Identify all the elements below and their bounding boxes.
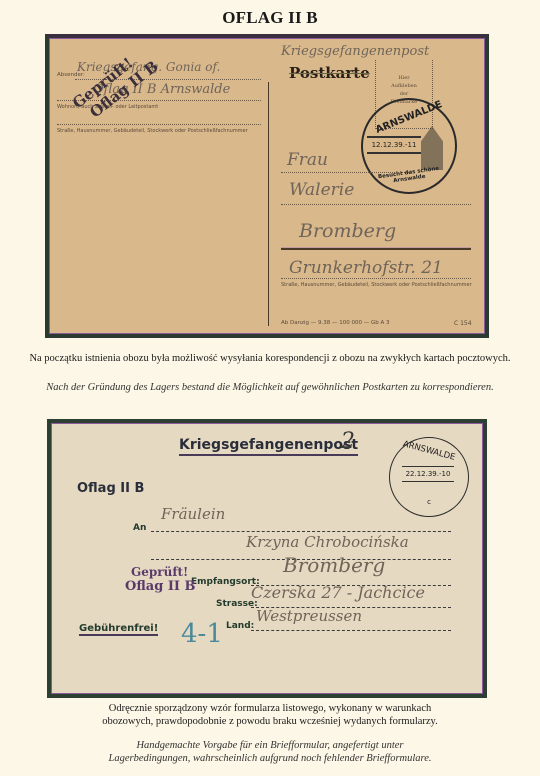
card-print-info: Ab Danzig — 9.38 — 100 000 — Gb A 3: [281, 320, 390, 326]
caption-2-polish-line2: obozowych, prawdopodobnie z powodu braku…: [0, 715, 540, 728]
cancel-stamp-slogan: Besucht das schöne Arnswalde: [369, 164, 450, 187]
censor-stamp-2-line1: Geprüft!: [131, 565, 196, 579]
field-value-an: Fräulein: [161, 505, 225, 523]
caption-1-polish: Na początku istnienia obozu była możliwo…: [0, 352, 540, 365]
recipient-sublabel: Straße, Hausnummer, Gebäudeteil, Stockwe…: [281, 282, 472, 288]
church-icon: [421, 126, 443, 170]
fee-free-label: Gebührenfrei!: [79, 623, 158, 636]
field-value-empfangsort: Bromberg: [283, 553, 385, 577]
cancel-stamp: ARNSWALDE 12.12.39.-11 Besucht das schön…: [361, 98, 457, 194]
address-underline: [281, 247, 471, 250]
field-value-name: Krzyna Chrobocińska: [246, 533, 409, 551]
recipient-line1: Frau: [287, 150, 328, 170]
form-title: Postkarte: [289, 64, 370, 82]
cancel-stamp-2-date: 22.12.39.-10: [402, 466, 454, 482]
camp-name: Oflag II B: [77, 481, 144, 496]
caption-2-german-line2: Lagerbedingungen, wahrscheinlich aufgrun…: [0, 752, 540, 765]
card-form-number: C 154: [454, 320, 472, 327]
stamp-box-text-3: der: [376, 90, 432, 98]
letter-form-image: Kriegsgefangenenpost 2 ARNSWALDE 22.12.3…: [47, 419, 487, 698]
field-value-strasse: Czerska 27 - Jachcice: [251, 583, 425, 602]
handwritten-number: 2: [341, 429, 355, 454]
censor-stamp-2: Geprüft! Oflag II B: [125, 565, 196, 594]
caption-2-polish-line1: Odręcznie sporządzony wzór formularza li…: [0, 702, 540, 715]
recipient-line3: Bromberg: [299, 220, 396, 242]
sender-sublabel-2: Straße, Hausnummer, Gebäudeteil, Stockwe…: [57, 128, 248, 134]
field-label-empfangsort: Empfangsort:: [191, 577, 260, 587]
page-title: OFLAG II B: [0, 8, 540, 28]
card-divider: [268, 82, 269, 326]
field-label-an: An: [133, 523, 146, 533]
cancel-stamp-2-letter: c: [390, 498, 468, 506]
form-header: Kriegsgefangenenpost: [179, 437, 358, 456]
censor-stamp-2-line2: Oflag II B: [125, 579, 196, 594]
stamp-box-text-2: Aufkleben: [376, 82, 432, 90]
cancel-stamp-2: ARNSWALDE 22.12.39.-10 c: [389, 437, 469, 517]
postcard-image: Absender: Kriegsgefang. Gonia of. Oflag …: [45, 34, 489, 338]
recipient-line2: Walerie: [289, 180, 354, 200]
field-value-land: Westpreussen: [256, 607, 362, 625]
recipient-line4: Grunkerhofstr. 21: [289, 258, 443, 278]
stamp-box-text-1: Hier: [376, 74, 432, 82]
cancel-stamp-date: 12.12.39.-11: [367, 136, 421, 154]
caption-2-german-line1: Handgemachte Vorgabe für ein Briefformul…: [0, 739, 540, 752]
handwritten-header: Kriegsgefangenenpost: [281, 44, 429, 59]
cancel-stamp-2-town: ARNSWALDE: [398, 438, 460, 464]
caption-1-german: Nach der Gründung des Lagers bestand die…: [0, 381, 540, 394]
pencil-mark: 4-1: [181, 619, 223, 649]
